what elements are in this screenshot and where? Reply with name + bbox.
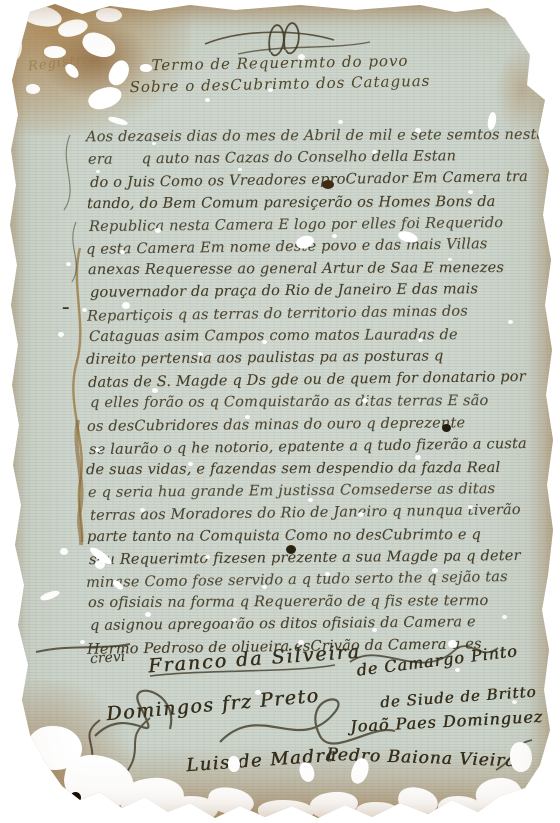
paper-loss [44, 46, 66, 58]
speckle [448, 640, 457, 648]
speckle [468, 190, 473, 194]
manuscript-line: Republica nesta Camera E logo por elles … [89, 215, 503, 235]
paper-loss [0, 28, 22, 62]
paper-loss [140, 64, 152, 72]
manuscript-line: tando, do Bem Comum paresiçerão os Homes… [87, 194, 496, 212]
signature: Luis de Madra [185, 745, 338, 777]
speckle [448, 258, 452, 261]
paper-loss [21, 3, 64, 30]
paper-loss [39, 589, 60, 602]
ink-blot [442, 424, 451, 432]
document-header: Termo de Requerimto do povo Sobre o desC… [0, 54, 560, 93]
speckle [80, 640, 85, 644]
speckle [332, 234, 337, 238]
speckle [508, 320, 513, 324]
manuscript-line: q asignou apregoarão os ditos ofisiais d… [90, 615, 476, 635]
speckle [58, 332, 64, 337]
manuscript-line: do o Juis Como os Vreadores eproCurador … [90, 169, 528, 191]
speckle [268, 88, 273, 92]
margin-dash: – [62, 298, 70, 316]
speckle [468, 505, 473, 509]
manuscript-line: direito pertensia aos paulistas pa as po… [86, 348, 444, 367]
manuscript-line: terras aos Moradores do Rio de Janeiro q… [90, 502, 521, 524]
manuscript-line: era q auto nas Cazas do Conselho della E… [88, 148, 456, 168]
speckle [140, 508, 145, 512]
manuscript-line: Repartiçois q as terras do territorio da… [87, 303, 468, 324]
stain-left-edge [0, 0, 26, 823]
speckle [155, 228, 161, 233]
speckle [325, 572, 330, 576]
paper-loss [473, 774, 525, 817]
speckle [95, 560, 105, 569]
speckle [262, 340, 267, 344]
speckle [298, 54, 305, 60]
speckle [96, 170, 100, 173]
speckle [372, 628, 377, 632]
paper-loss [438, 796, 482, 820]
speckle [432, 568, 438, 573]
manuscript-line: q elles forão os q Comquistarão as ditas… [90, 393, 489, 411]
speckle [372, 150, 377, 154]
paper-loss [96, 8, 122, 22]
speckle [255, 690, 261, 695]
speckle [238, 168, 242, 171]
ink-blot [286, 545, 296, 554]
manuscript-line: e q seria hua grande Em justissa Comsede… [88, 481, 495, 501]
speckle [512, 700, 517, 704]
manuscript-page: Registr. Termo de Requerimto do povo Sob… [0, 0, 560, 823]
manuscript-line: gouvernador da praça do Rio de Janeiro E… [90, 282, 478, 302]
manuscript-line: os desCubridores das minas do ouro q dep… [87, 415, 465, 435]
manuscript-line: Cataguas asim Campos como matos Lauradas… [89, 327, 458, 345]
closing-word: crevi [89, 649, 125, 667]
manuscript-line: q esta Camera Em nome deste povo e das m… [86, 236, 488, 258]
manuscript-line: seu Requerimto fizesen prezente a sua Ma… [89, 548, 521, 568]
speckle [122, 302, 130, 309]
speckle [358, 512, 364, 517]
speckle [205, 555, 210, 559]
speckle [338, 120, 343, 124]
speckle [198, 352, 203, 356]
speckle [145, 612, 151, 617]
paper-loss [308, 789, 359, 821]
ink-blot [70, 792, 81, 803]
speckle [415, 455, 421, 460]
speckle [188, 462, 193, 466]
speckle [362, 398, 368, 403]
speckle [415, 128, 421, 133]
paper-loss [510, 742, 532, 772]
manuscript-line: se laurão o q he notorio, epatente a q t… [89, 436, 527, 458]
manuscript-line: minase Como fose servido a q tudo serto … [86, 569, 508, 591]
speckle [95, 448, 100, 452]
speckle [502, 615, 507, 619]
paper-loss [26, 84, 40, 94]
paper-loss [258, 800, 314, 822]
signature: Joaõ Paes Dominguez [350, 707, 544, 736]
speckle [308, 498, 313, 502]
scanned-manuscript: Registr. Termo de Requerimto do povo Sob… [0, 0, 560, 823]
manuscript-line: de suas vidas, e fazendas sem despendio … [86, 460, 500, 478]
speckle [232, 618, 237, 622]
signature: de Siude de Britto [380, 683, 537, 712]
speckle [152, 142, 156, 145]
speckle [262, 585, 267, 589]
ink-blot [322, 180, 334, 189]
manuscript-line: parte tanto na Comquista Como no desCubr… [87, 527, 481, 545]
speckle [455, 668, 460, 672]
speckle [245, 415, 250, 419]
paper-loss [396, 785, 440, 818]
speckle [298, 640, 304, 645]
speckle [66, 262, 71, 266]
signature: Domingos frz Preto [105, 685, 320, 726]
paper-loss [108, 116, 129, 127]
paper-loss [228, 756, 240, 772]
speckle [152, 388, 158, 393]
manuscript-line: os ofisiais na forma q Requererão de q f… [88, 593, 489, 611]
speckle [60, 548, 68, 555]
speckle [82, 308, 87, 312]
speckle [120, 250, 125, 254]
speckle [205, 98, 210, 102]
paper-loss [356, 802, 400, 822]
speckle [418, 338, 423, 342]
manuscript-line: anexas Requeresse ao general Artur de Sa… [88, 260, 504, 278]
